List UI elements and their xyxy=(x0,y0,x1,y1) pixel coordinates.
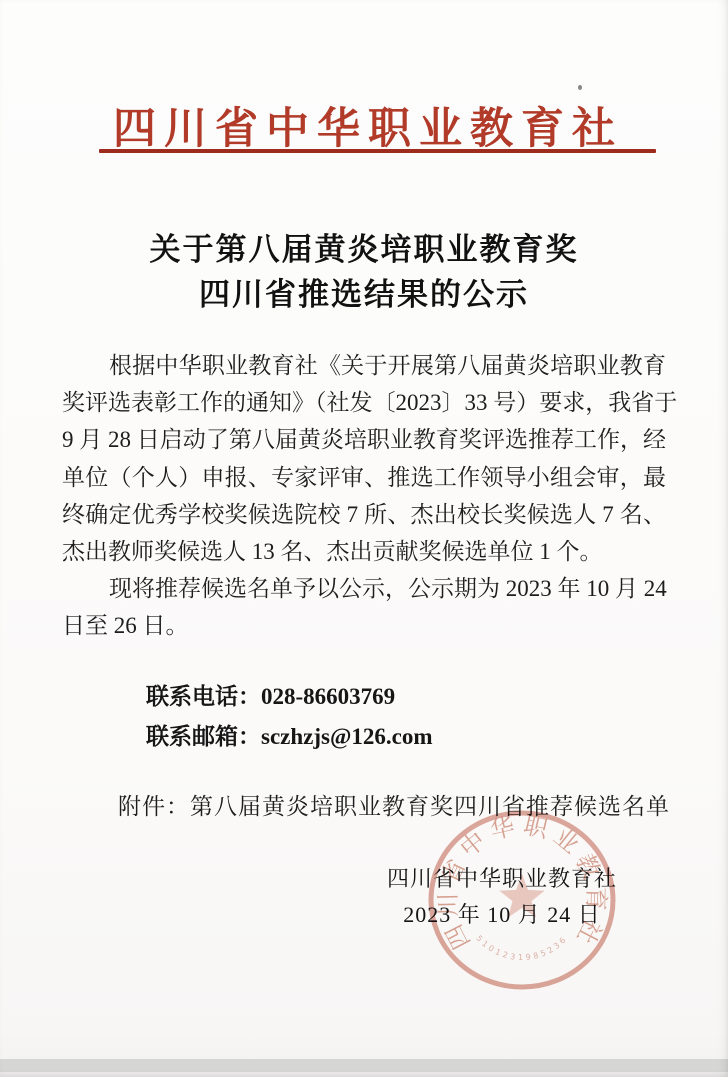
seal-code-digits: 5101231985236 xyxy=(474,934,569,962)
contact-email-label: 联系邮箱： xyxy=(146,724,261,749)
paragraph2-line1: 现将推荐候选名单予以公示，公示期为 2023 年 10 月 24 xyxy=(62,570,666,607)
doc-title-line2: 四川省推选结果的公示 xyxy=(0,269,728,314)
contact-email-address: sczhzjs@126.com xyxy=(261,724,433,749)
seal-star-icon xyxy=(499,874,545,917)
paragraph1-line3: 9 月 28 日启动了第八届黄炎培职业教育奖评选推荐工作，经 xyxy=(62,421,666,458)
letterhead-rule xyxy=(99,149,656,153)
scan-bottom-edge xyxy=(0,1059,728,1072)
paragraph1-line4: 单位（个人）申报、专家评审、推选工作领导小组会审，最 xyxy=(62,459,666,496)
scan-speck xyxy=(578,85,582,90)
paragraph1-line6: 杰出教师奖候选人 13 名、杰出贡献奖候选单位 1 个。 xyxy=(62,533,666,570)
contact-block: 联系电话：028-86603769 联系邮箱：sczhzjs@126.com xyxy=(146,677,433,756)
paragraph1-line5: 终确定优秀学校奖候选院校 7 所、杰出校长奖候选人 7 名、 xyxy=(62,496,666,533)
paragraph2-line2: 日至 26 日。 xyxy=(62,607,666,644)
letterhead-org-name: 四川省中华职业教育社 xyxy=(0,95,728,156)
contact-phone-number: 028-86603769 xyxy=(261,684,395,709)
scanned-document-page: 四川省中华职业教育社 关于第八届黄炎培职业教育奖 四川省推选结果的公示 根据中华… xyxy=(0,0,728,1077)
scan-bottom-edge-light xyxy=(0,1072,728,1077)
svg-text:5101231985236: 5101231985236 xyxy=(474,934,569,962)
official-seal-stamp: 四川省中华职业教育社 5101231985236 xyxy=(418,802,626,998)
contact-email-line: 联系邮箱：sczhzjs@126.com xyxy=(146,717,433,757)
body-text: 根据中华职业教育社《关于开展第八届黄炎培职业教育 奖评选表彰工作的通知》（社发〔… xyxy=(62,347,666,645)
contact-phone-label: 联系电话： xyxy=(146,684,261,709)
paragraph1-line1: 根据中华职业教育社《关于开展第八届黄炎培职业教育 xyxy=(62,347,666,384)
paragraph1-line2: 奖评选表彰工作的通知》（社发〔2023〕33 号）要求，我省于 xyxy=(62,384,666,421)
doc-title-line1: 关于第八届黄炎培职业教育奖 xyxy=(0,224,728,269)
contact-phone-line: 联系电话：028-86603769 xyxy=(146,677,433,717)
